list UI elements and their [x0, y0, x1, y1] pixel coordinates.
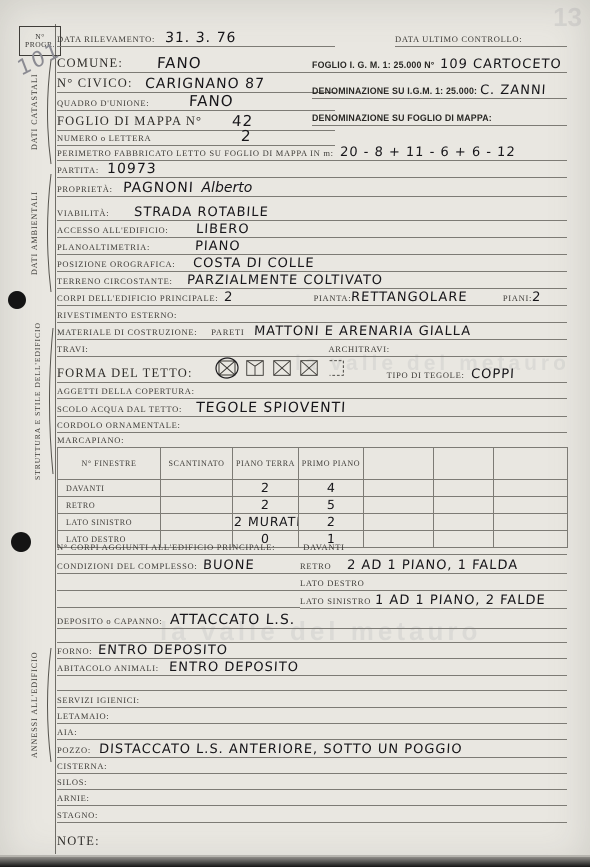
roof-hip-x-selected-icon — [215, 357, 239, 379]
field-deposito: DEPOSITO o CAPANNO: ATTACCATO L.S. — [57, 608, 567, 629]
field-travi-architravi: TRAVI: ARCHITRAVI: — [57, 339, 567, 357]
field-viabilita-label: VIABILITÀ: — [57, 208, 109, 220]
finestre-row-retro: RETRO 2 5 — [58, 497, 568, 514]
field-corpi-edificio-value: 2 — [224, 291, 234, 305]
field-aggetti-label: AGGETTI DELLA COPERTURA: — [57, 386, 195, 398]
field-marcapiano-label: MARCAPIANO: — [57, 435, 124, 447]
field-forma-tetto: FORMA DEL TETTO: TIPO DI T — [57, 356, 567, 383]
field-servizi: SERVIZI IGIENICI: — [57, 690, 567, 708]
field-cisterna: CISTERNA: — [57, 757, 567, 774]
finestre-cell — [494, 514, 568, 531]
field-servizi-label: SERVIZI IGIENICI: — [57, 695, 140, 707]
field-lato-sinistro: LATO SINISTRO 1 AD 1 PIANO, 2 FALDE — [300, 590, 567, 609]
finestre-cell: 5 — [299, 497, 364, 514]
finestre-cell-value: 2 MURATE — [234, 516, 299, 529]
field-quadro-unione-label: QUADRO D'UNIONE: — [57, 98, 149, 110]
finestre-cell: 2 — [233, 480, 299, 497]
finestre-row-davanti: DAVANTI 2 4 — [58, 480, 568, 497]
field-planoaltimetria-value: PIANO — [195, 240, 241, 254]
field-terreno-circostante-value: PARZIALMENTE COLTIVATO — [186, 274, 383, 288]
field-foglio-mappa: FOGLIO DI MAPPA N° 42 — [57, 110, 335, 131]
scanned-survey-form: 13 la valle del metauro la valle del met… — [0, 0, 590, 867]
field-piani-label: PIANI: — [503, 293, 532, 305]
field-forno-value: ENTRO DEPOSITO — [98, 644, 229, 658]
field-pozzo-value: DISTACCATO L.S. ANTERIORE, SOTTO UN POGG… — [99, 743, 463, 757]
field-tipo-tegole-label: TIPO DI TEGOLE: — [387, 370, 465, 382]
punch-hole — [11, 532, 31, 552]
field-posizione-orografica-value: COSTA DI COLLE — [193, 257, 315, 271]
field-partita-label: PARTITA: — [57, 165, 99, 177]
field-numero-lettera-label: NUMERO o LETTERA — [57, 133, 151, 145]
field-civico: N° CIVICO: CARIGNANO 87 — [57, 72, 335, 93]
field-scolo-acqua-label: SCOLO ACQUA DAL TETTO: — [57, 404, 182, 416]
blank-line — [57, 573, 300, 591]
field-quadro-unione-value: FANO — [189, 94, 234, 110]
field-silos: SILOS: — [57, 773, 567, 790]
field-perimetro-label: PERIMETRO FABBRICATO LETTO SU FOGLIO DI … — [57, 148, 334, 160]
finestre-cell — [494, 480, 568, 497]
field-comune-value: FANO — [157, 56, 202, 72]
finestre-cell: 4 — [299, 480, 364, 497]
field-lato-sinistro-value: 1 AD 1 PIANO, 2 FALDE — [375, 594, 546, 608]
field-aia-label: AIA: — [57, 727, 77, 739]
field-davanti-label: DAVANTI — [303, 542, 344, 554]
field-cisterna-label: CISTERNA: — [57, 761, 107, 773]
field-data-ultimo-controllo: DATA ULTIMO CONTROLLO: — [395, 28, 567, 47]
field-pareti-label: PARETI — [211, 327, 244, 339]
field-numero-lettera: NUMERO o LETTERA 2 — [57, 130, 335, 146]
margin-section-annessi: ANNESSI ALL'EDIFICIO — [30, 646, 39, 764]
finestre-cell — [161, 514, 233, 531]
finestre-cell-value: 4 — [326, 482, 336, 495]
field-abitacolo-value: ENTRO DEPOSITO — [169, 661, 300, 675]
field-terreno-circostante: TERRENO CIRCOSTANTE: PARZIALMENTE COLTIV… — [57, 271, 567, 289]
finestre-cell-value: 2 — [261, 482, 271, 495]
field-terreno-circostante-label: TERRENO CIRCOSTANTE: — [57, 276, 173, 288]
field-perimetro-value: 20 - 8 + 11 - 6 + 6 - 12 — [339, 146, 515, 160]
field-materiale-label: MATERIALE DI COSTRUZIONE: — [57, 327, 197, 339]
field-deposito-label: DEPOSITO o CAPANNO: — [57, 616, 162, 628]
field-partita-value: 10973 — [106, 162, 156, 177]
finestre-header-cell — [364, 448, 434, 480]
field-abitacolo: ABITACOLO ANIMALI: ENTRO DEPOSITO — [57, 658, 567, 676]
section-brace — [45, 326, 55, 476]
finestre-cell-value: 2 — [261, 499, 271, 512]
field-architravi-label: ARCHITRAVI: — [328, 344, 389, 356]
field-forno: FORNO: ENTRO DEPOSITO — [57, 642, 567, 659]
field-corpi-aggiunti-label: N° CORPI AGGIUNTI ALL'EDIFICIO PRINCIPAL… — [57, 542, 275, 554]
finestre-cell: 2 MURATE — [233, 514, 299, 531]
field-silos-label: SILOS: — [57, 777, 87, 789]
finestre-cell — [364, 480, 434, 497]
field-tipo-tegole-value: COPPI — [470, 368, 515, 382]
finestre-header-cell — [494, 448, 568, 480]
field-lato-destro-label: LATO DESTRO — [300, 578, 364, 590]
field-corpi-aggiunti: N° CORPI AGGIUNTI ALL'EDIFICIO PRINCIPAL… — [57, 536, 567, 555]
field-denominazione-mappa-label: DENOMINAZIONE SU FOGLIO DI MAPPA: — [312, 113, 492, 125]
field-posizione-orografica: POSIZIONE OROGRAFICA: COSTA DI COLLE — [57, 254, 567, 272]
finestre-cell: 2 — [299, 514, 364, 531]
margin-section-dati-catastali: DATI CATASTALI — [30, 58, 39, 166]
roof-shape-icons — [215, 357, 347, 382]
field-pozzo: POZZO: DISTACCATO L.S. ANTERIORE, SOTTO … — [57, 739, 567, 758]
field-note-label: NOTE: — [57, 834, 100, 850]
finestre-cell — [434, 480, 494, 497]
finestre-header-cell: N° FINESTRE — [58, 448, 161, 480]
field-posizione-orografica-label: POSIZIONE OROGRAFICA: — [57, 259, 175, 271]
roof-gable-icon — [244, 357, 266, 379]
finestre-cell — [434, 497, 494, 514]
field-viabilita: VIABILITÀ: STRADA ROTABILE — [57, 203, 567, 221]
finestre-cell — [161, 497, 233, 514]
blank-line — [57, 590, 300, 608]
field-denominazione-igm-label: DENOMINAZIONE SU I.G.M. 1: 25.000: — [312, 86, 477, 98]
section-brace — [43, 646, 53, 764]
field-rivestimento: RIVESTIMENTO ESTERNO: — [57, 305, 567, 323]
section-brace — [43, 172, 53, 294]
finestre-header-cell: PRIMO PIANO — [299, 448, 364, 480]
finestre-cell — [494, 497, 568, 514]
field-accesso-value: LIBERO — [196, 223, 250, 237]
field-denominazione-igm: DENOMINAZIONE SU I.G.M. 1: 25.000: C. ZA… — [312, 77, 567, 99]
field-comune-label: COMUNE: — [57, 56, 123, 72]
field-data-ultimo-controllo-label: DATA ULTIMO CONTROLLO: — [395, 34, 522, 46]
finestre-cell — [364, 497, 434, 514]
field-rivestimento-label: RIVESTIMENTO ESTERNO: — [57, 310, 177, 322]
field-accesso: ACCESSO ALL'EDIFICIO: LIBERO — [57, 220, 567, 238]
field-planoaltimetria: PLANOALTIMETRIA: PIANO — [57, 237, 567, 255]
field-forma-tetto-label: FORMA DEL TETTO: — [57, 366, 193, 382]
field-partita: PARTITA: 10973 — [57, 160, 567, 178]
field-foglio-mappa-label: FOGLIO DI MAPPA N° — [57, 114, 202, 130]
scan-edge-strip — [0, 857, 590, 867]
finestre-table: N° FINESTRE SCANTINATO PIANO TERRA PRIMO… — [57, 447, 568, 548]
field-lato-sinistro-label: LATO SINISTRO — [300, 596, 371, 608]
finestre-cell — [364, 514, 434, 531]
field-stagno: STAGNO: — [57, 805, 567, 823]
field-stagno-label: STAGNO: — [57, 810, 98, 822]
field-proprieta-value-surname: PAGNONI — [122, 181, 194, 196]
field-letamaio-label: LETAMAIO: — [57, 711, 109, 723]
field-cordolo-label: CORDOLO ORNAMENTALE: — [57, 420, 181, 432]
field-arnie: ARNIE: — [57, 789, 567, 806]
finestre-cell-value: 5 — [326, 499, 336, 512]
field-data-rilevamento: DATA RILEVAMENTO: 31. 3. 76 — [57, 28, 335, 47]
finestre-header-cell — [434, 448, 494, 480]
finestre-row-lato-sinistro: LATO SINISTRO 2 MURATE 2 — [58, 514, 568, 531]
finestre-header-cell: PIANO TERRA — [233, 448, 299, 480]
section-brace — [43, 58, 53, 166]
field-pozzo-label: POZZO: — [57, 745, 91, 757]
finestre-row-label: DAVANTI — [58, 480, 161, 497]
field-pianta-label: PIANTA: — [314, 293, 352, 305]
field-foglio-igm-value: 109 CARTOCETO — [439, 58, 561, 72]
field-perimetro: PERIMETRO FABBRICATO LETTO SU FOGLIO DI … — [57, 145, 567, 161]
field-denominazione-igm-value: C. ZANNI — [480, 84, 547, 98]
field-proprieta-label: PROPRIETÀ: — [57, 184, 113, 196]
finestre-cell — [434, 514, 494, 531]
finestre-cell — [161, 480, 233, 497]
margin-divider-line — [55, 24, 56, 854]
field-condizioni-value: BUONE — [203, 559, 255, 573]
field-civico-label: N° CIVICO: — [57, 76, 133, 92]
finestre-cell-value: 2 — [326, 516, 336, 529]
blank-line — [57, 628, 567, 643]
field-numero-lettera-value: 2 — [241, 129, 252, 145]
field-data-rilevamento-label: DATA RILEVAMENTO: — [57, 34, 155, 46]
field-aia: AIA: — [57, 723, 567, 740]
finestre-header-cell: SCANTINATO — [161, 448, 233, 480]
field-condizioni-label: CONDIZIONI DEL COMPLESSO: — [57, 561, 197, 573]
margin-section-struttura-stile: STRUTTURA E STILE DELL'EDIFICIO — [33, 326, 42, 476]
field-proprieta: PROPRIETÀ: PAGNONI Alberto — [57, 177, 567, 197]
field-materiale: MATERIALE DI COSTRUZIONE: PARETI MATTONI… — [57, 322, 567, 340]
finestre-header-row: N° FINESTRE SCANTINATO PIANO TERRA PRIMO… — [58, 448, 568, 480]
field-planoaltimetria-label: PLANOALTIMETRIA: — [57, 242, 150, 254]
field-arnie-label: ARNIE: — [57, 793, 90, 805]
field-foglio-igm-label: FOGLIO I. G. M. 1: 25.000 N° — [312, 60, 435, 72]
finestre-row-label: RETRO — [58, 497, 161, 514]
field-letamaio: LETAMAIO: — [57, 707, 567, 724]
field-lato-destro: LATO DESTRO — [300, 573, 567, 591]
field-corpi-edificio-label: CORPI DELL'EDIFICIO PRINCIPALE: — [57, 293, 218, 305]
field-foglio-igm: FOGLIO I. G. M. 1: 25.000 N° 109 CARTOCE… — [312, 50, 567, 73]
field-retro-label: RETRO — [300, 561, 331, 573]
field-marcapiano: MARCAPIANO: — [57, 432, 567, 447]
field-forno-label: FORNO: — [57, 646, 92, 658]
roof-x-icon — [298, 357, 320, 379]
field-comune: COMUNE: FANO — [57, 48, 335, 73]
field-retro-value: 2 AD 1 PIANO, 1 FALDA — [347, 559, 519, 573]
field-data-rilevamento-value: 31. 3. 76 — [165, 31, 237, 46]
field-proprieta-value-name: Alberto — [201, 181, 252, 196]
field-condizioni: CONDIZIONI DEL COMPLESSO: BUONE — [57, 554, 300, 574]
field-pianta-value: RETTANGOLARE — [351, 291, 468, 305]
finestre-cell: 2 — [233, 497, 299, 514]
blank-line — [57, 675, 567, 691]
finestre-row-label: LATO SINISTRO — [58, 514, 161, 531]
field-aggetti: AGGETTI DELLA COPERTURA: — [57, 382, 567, 399]
field-viabilita-value: STRADA ROTABILE — [134, 206, 269, 220]
margin-section-dati-ambientali: DATI AMBIENTALI — [30, 172, 39, 294]
field-civico-value: CARIGNANO 87 — [144, 77, 265, 92]
field-travi-label: TRAVI: — [57, 344, 88, 356]
field-pareti-value: MATTONI E ARENARIA GIALLA — [254, 325, 472, 339]
field-note: NOTE: — [57, 830, 257, 850]
field-corpi-edificio: CORPI DELL'EDIFICIO PRINCIPALE: 2 PIANTA… — [57, 288, 567, 306]
punch-hole — [8, 291, 26, 309]
field-cordolo: CORDOLO ORNAMENTALE: — [57, 416, 567, 433]
field-accesso-label: ACCESSO ALL'EDIFICIO: — [57, 225, 168, 237]
roof-open-icon — [325, 357, 347, 379]
field-piani-value: 2 — [532, 291, 542, 305]
field-retro: RETRO 2 AD 1 PIANO, 1 FALDA — [300, 554, 567, 574]
roof-hourglass-icon — [271, 357, 293, 379]
field-deposito-value: ATTACCATO L.S. — [170, 613, 296, 628]
field-abitacolo-label: ABITACOLO ANIMALI: — [57, 663, 159, 675]
field-scolo-acqua: SCOLO ACQUA DAL TETTO: TEGOLE SPIOVENTI — [57, 398, 567, 417]
field-quadro-unione: QUADRO D'UNIONE: FANO — [57, 92, 335, 111]
field-denominazione-mappa: DENOMINAZIONE SU FOGLIO DI MAPPA: — [312, 105, 567, 126]
field-scolo-acqua-value: TEGOLE SPIOVENTI — [196, 401, 347, 416]
